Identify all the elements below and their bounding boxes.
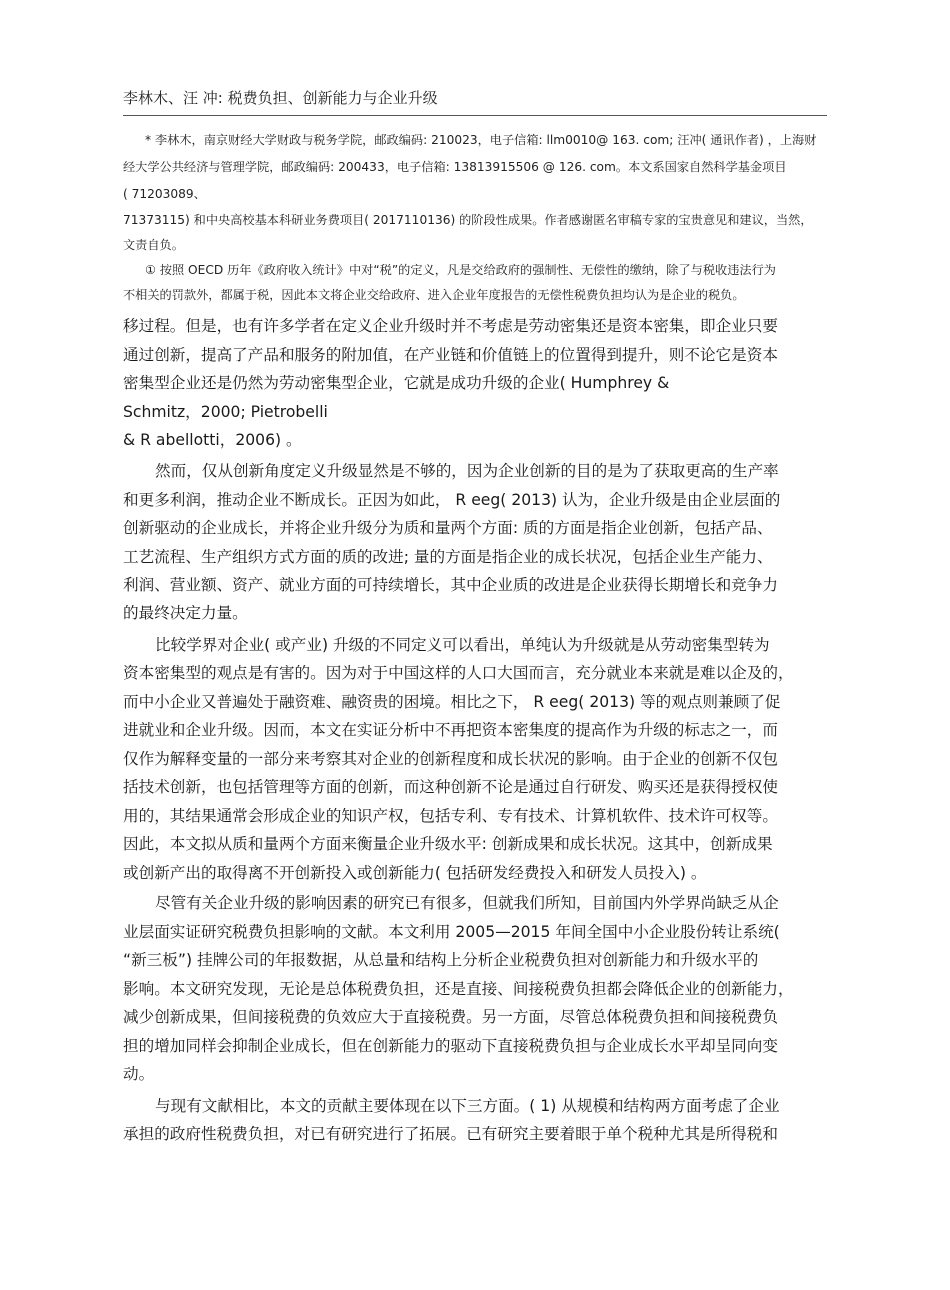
body-line: “新三板”) 挂牌公司的年报数据，从总量和结构上分析企业税费负担对创新能力和升级…: [123, 948, 758, 970]
body-line: 担的增加同样会抑制企业成长，但在创新能力的驱动下直接税费负担与企业成长水平却呈同…: [123, 1034, 778, 1056]
body-line: 用的，其结果通常会形成企业的知识产权，包括专利、专有技术、计算机软件、技术许可权…: [123, 804, 778, 826]
running-head: 李林木、汪 冲: 税费负担、创新能力与企业升级: [123, 87, 438, 108]
body-line: 影响。本文研究发现，无论是总体税费负担，还是直接、间接税费负担都会降低企业的创新…: [123, 977, 794, 999]
body-line: Schmitz，2000; Pietrobelli: [123, 400, 328, 422]
body-line: 括技术创新，也包括管理等方面的创新，而这种创新不论是通过自行研发、购买还是获得授…: [123, 775, 778, 797]
body-line: 承担的政府性税费负担，对已有研究进行了拓展。已有研究主要着眼于单个税种尤其是所得…: [123, 1122, 778, 1144]
body-line: & R abellotti，2006) 。: [123, 428, 302, 450]
body-line: 密集型企业还是仍然为劳动密集型企业，它就是成功升级的企业( Humphrey &: [123, 371, 669, 393]
body-line: 业层面实证研究税费负担影响的文献。本文利用 2005—2015 年间全国中小企业…: [123, 920, 780, 942]
body-line: 与现有文献相比，本文的贡献主要体现在以下三方面。( 1) 从规模和结构两方面考虑…: [155, 1094, 780, 1116]
body-line: 减少创新成果，但间接税费的负效应大于直接税费。另一方面，尽管总体税费负担和间接税…: [123, 1005, 778, 1027]
body-line: 然而，仅从创新角度定义升级显然是不够的，因为企业创新的目的是为了获取更高的生产率: [155, 459, 779, 481]
body-line: 通过创新，提高了产品和服务的附加值，在产业链和价值链上的位置得到提升，则不论它是…: [123, 343, 778, 365]
body-line: 或创新产出的取得离不开创新投入或创新能力( 包括研发经费投入和研发人员投入) 。: [123, 861, 706, 883]
body-line: 仅作为解释变量的一部分来考察其对企业的创新程度和成长状况的影响。由于企业的创新不…: [123, 747, 778, 769]
body-line: 进就业和企业升级。因而，本文在实证分析中不再把资本密集度的提高作为升级的标志之一…: [123, 718, 778, 740]
paper-page: 李林木、汪 冲: 税费负担、创新能力与企业升级 * 李林木，南京财经大学财政与税…: [0, 0, 950, 1290]
body-line: 创新驱动的企业成长，并将企业升级分为质和量两个方面: 质的方面是指企业创新，包括…: [123, 516, 773, 538]
body-line: 动。: [123, 1062, 154, 1084]
body-line: 和更多利润，推动企业不断成长。正因为如此， R eeg( 2013) 认为，企业…: [123, 488, 780, 510]
footnote-line: * 李林木，南京财经大学财政与税务学院，邮政编码: 210023，电子信箱: l…: [145, 131, 816, 148]
body-line: 工艺流程、生产组织方式方面的质的改进; 量的方面是指企业的成长状况，包括企业生产…: [123, 545, 773, 567]
footnote-line: ( 71203089、: [123, 185, 206, 202]
footnote-line: 71373115) 和中央高校基本科研业务费项目( 2017110136) 的阶…: [123, 211, 813, 228]
body-line: 尽管有关企业升级的影响因素的研究已有很多，但就我们所知，目前国内外学界尚缺乏从企: [155, 891, 779, 913]
footnote-line: 不相关的罚款外，都属于税，因此本文将企业交给政府、进入企业年度报告的无偿性税费负…: [123, 286, 745, 303]
body-line: 因此，本文拟从质和量两个方面来衡量企业升级水平: 创新成果和成长状况。这其中，创…: [123, 832, 773, 854]
header-rule: [123, 115, 827, 116]
body-line: 移过程。但是，也有许多学者在定义企业升级时并不考虑是劳动密集还是资本密集，即企业…: [123, 314, 778, 336]
body-line: 的最终决定力量。: [123, 601, 248, 623]
footnote-line: 文责自负。: [123, 236, 184, 253]
footnote-line: ① 按照 OECD 历年《政府收入统计》中对“税”的定义，凡是交给政府的强制性、…: [145, 261, 776, 278]
body-line: 比较学界对企业( 或产业) 升级的不同定义可以看出，单纯认为升级就是从劳动密集型…: [155, 633, 770, 655]
body-line: 资本密集型的观点是有害的。因为对于中国这样的人口大国而言，充分就业本来就是难以企…: [123, 661, 794, 683]
body-line: 而中小企业又普遍处于融资难、融资贵的困境。相比之下， R eeg( 2013) …: [123, 690, 780, 712]
footnote-line: 经大学公共经济与管理学院，邮政编码: 200433，电子信箱: 13813915…: [123, 158, 787, 175]
body-line: 利润、营业额、资产、就业方面的可持续增长，其中企业质的改进是企业获得长期增长和竞…: [123, 573, 778, 595]
